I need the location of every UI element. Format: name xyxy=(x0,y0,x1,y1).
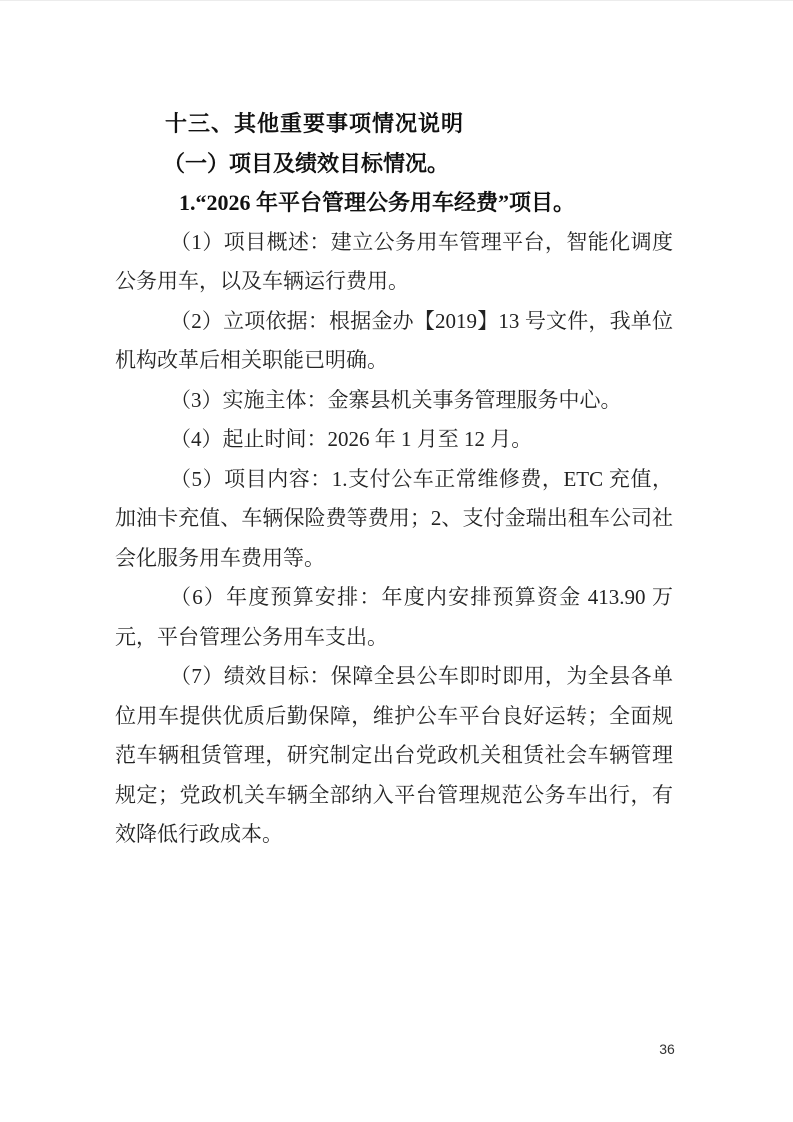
document-page: 十三、其他重要事项情况说明 （一）项目及绩效目标情况。 1.“2026 年平台管… xyxy=(0,0,793,1122)
paragraph-annual-budget: （6）年度预算安排：年度内安排预算资金 413.90 万元，平台管理公务用车支出… xyxy=(115,578,673,657)
project-heading: 1.“2026 年平台管理公务用车经费”项目。 xyxy=(115,183,673,223)
paragraph-implementing-body: （3）实施主体：金寨县机关事务管理服务中心。 xyxy=(115,381,673,421)
paragraph-project-overview: （1）项目概述：建立公务用车管理平台，智能化调度公务用车，以及车辆运行费用。 xyxy=(115,223,673,302)
document-content: 十三、其他重要事项情况说明 （一）项目及绩效目标情况。 1.“2026 年平台管… xyxy=(115,104,673,855)
paragraph-performance-goals: （7）绩效目标：保障全县公车即时即用，为全县各单位用车提供优质后勤保障，维护公车… xyxy=(115,657,673,855)
paragraph-project-content: （5）项目内容：1.支付公车正常维修费，ETC 充值，加油卡充值、车辆保险费等费… xyxy=(115,460,673,579)
section-heading: 十三、其他重要事项情况说明 xyxy=(115,104,673,144)
subsection-heading: （一）项目及绩效目标情况。 xyxy=(115,144,673,184)
paragraph-time-period: （4）起止时间：2026 年 1 月至 12 月。 xyxy=(115,420,673,460)
paragraph-project-basis: （2）立项依据：根据金办【2019】13 号文件，我单位机构改革后相关职能已明确… xyxy=(115,302,673,381)
page-number: 36 xyxy=(652,1041,682,1057)
